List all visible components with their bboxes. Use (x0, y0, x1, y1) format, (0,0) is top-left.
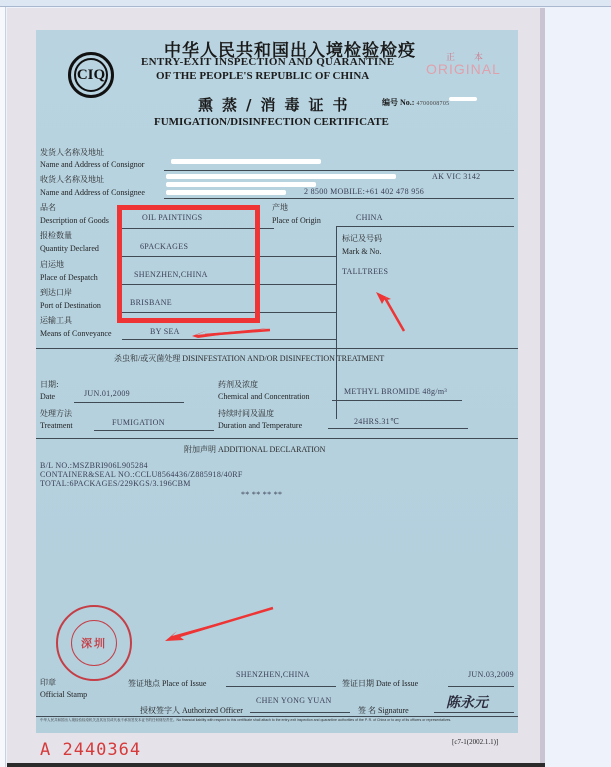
arrow-shaft (176, 608, 273, 637)
annotation-arrows (0, 0, 611, 767)
arrow-shaft (205, 330, 270, 335)
arrow-shaft (385, 298, 404, 331)
